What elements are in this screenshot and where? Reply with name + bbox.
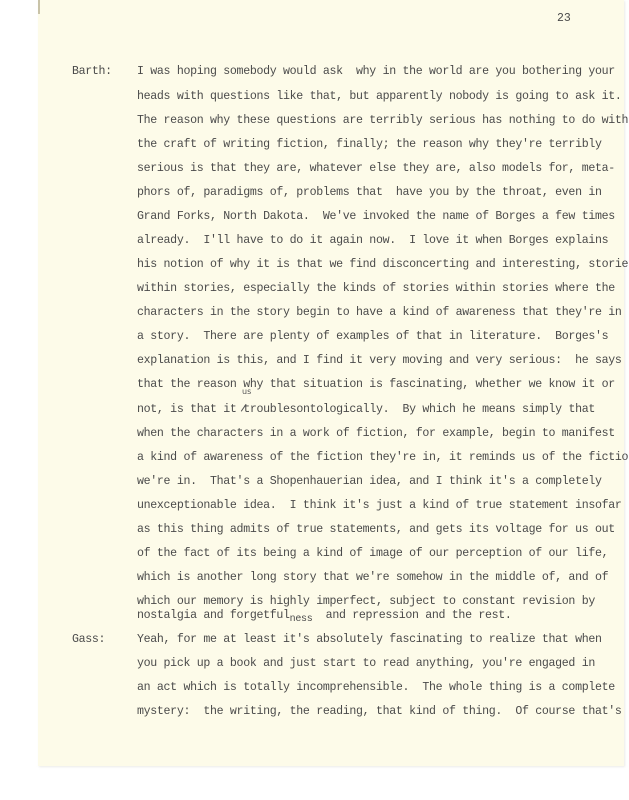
text-line: already. I'll have to do it again now. I… xyxy=(137,234,608,247)
text-line: a kind of awareness of the fiction they'… xyxy=(137,451,629,464)
text-line: I was hoping somebody would ask why in t… xyxy=(137,65,615,78)
text-line: which is another long story that we're s… xyxy=(137,571,608,584)
text-line: we're in. That's a Shopenhauerian idea, … xyxy=(137,475,602,488)
text-line: The reason why these questions are terri… xyxy=(137,114,628,127)
text-line: explanation is this, and I find it very … xyxy=(137,354,622,367)
page-edge-mark xyxy=(38,0,40,14)
text-segment: and gets its voltage for us out xyxy=(403,523,615,536)
text-line: within stories, especially the kinds of … xyxy=(137,282,615,295)
text-line: which our memory is highly imperfect, su… xyxy=(137,595,595,608)
text-line: mystery: the writing, the reading, that … xyxy=(137,705,622,718)
text-line: you pick up a book and just start to rea… xyxy=(137,657,595,670)
handwritten-comma: , xyxy=(396,523,403,536)
page-number: 23 xyxy=(557,12,571,25)
text-subscript: ness xyxy=(290,614,313,625)
text-line: Yeah, for me at least it's absolutely fa… xyxy=(137,633,602,646)
text-segment: not, is that it troubles xyxy=(137,403,296,416)
text-line: the craft of writing fiction, finally; t… xyxy=(137,138,602,151)
text-line: phors of, paradigms of, problems that ha… xyxy=(137,186,602,199)
text-line: unexceptionable idea. I think it's just … xyxy=(137,499,622,512)
text-line: of the fact of its being a kind of image… xyxy=(137,547,608,560)
text-line-with-mark: as this thing admits of true statements,… xyxy=(137,523,615,536)
text-segment: ontologically. By which he means simply … xyxy=(296,403,595,416)
text-line-with-insertion: not, is that it troublesontologically. B… xyxy=(137,403,595,416)
text-line: characters in the story begin to have a … xyxy=(137,306,622,319)
text-line-with-subscript: nostalgia and forgetfulness and repressi… xyxy=(137,609,512,622)
speaker-label-barth: Barth: xyxy=(72,65,112,78)
text-line: Grand Forks, North Dakota. We've invoked… xyxy=(137,210,615,223)
text-segment: nostalgia and forgetful xyxy=(137,609,290,622)
text-line: an act which is totally incomprehensible… xyxy=(137,681,615,694)
text-segment: and repression and the rest. xyxy=(312,609,511,622)
text-line: heads with questions like that, but appa… xyxy=(137,90,622,103)
speaker-label-gass: Gass: xyxy=(72,633,105,646)
document-page: 23 Barth: Gass: I was hoping somebody wo… xyxy=(38,0,624,766)
text-line: serious is that they are, whatever else … xyxy=(137,162,615,175)
text-line: that the reason why that situation is fa… xyxy=(137,378,615,391)
handwritten-insertion: us xyxy=(242,387,251,396)
text-segment: as this thing admits of true statements xyxy=(137,523,396,536)
text-line: when the characters in a work of fiction… xyxy=(137,427,615,440)
text-line: his notion of why it is that we find dis… xyxy=(137,258,629,271)
text-line: a story. There are plenty of examples of… xyxy=(137,330,608,343)
